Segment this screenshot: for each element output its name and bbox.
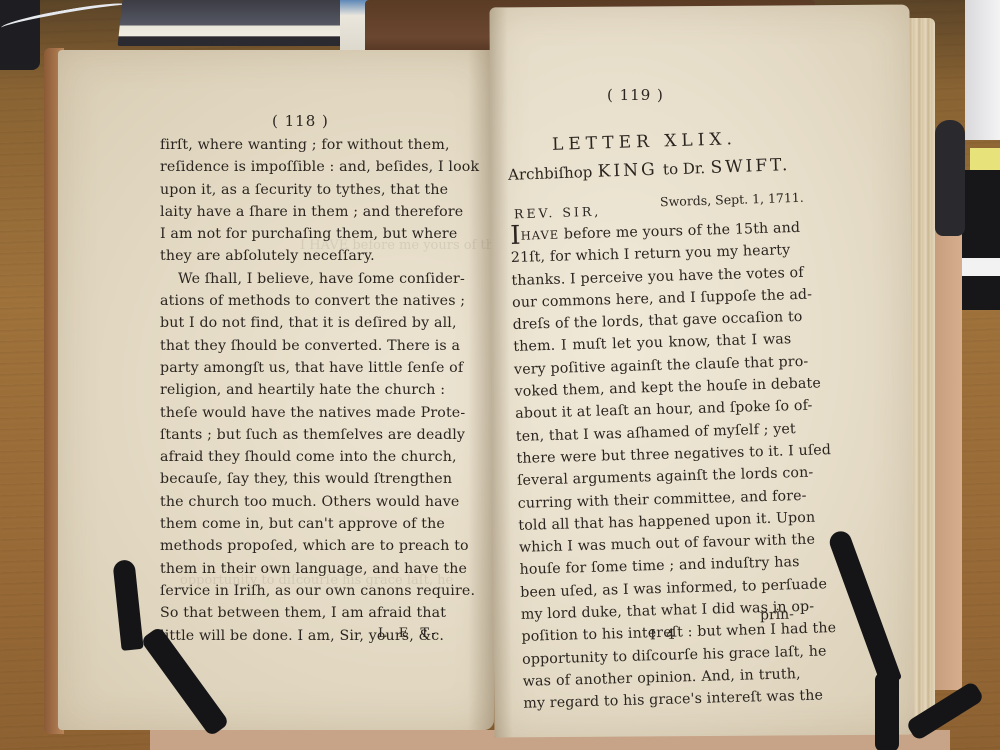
text-line: they are abſolutely neceſſary.: [160, 245, 438, 267]
text-line: firſt, where wanting ; for without them,: [160, 134, 438, 156]
letter-to-prefix: to Dr.: [663, 159, 706, 178]
text-line: laity have a ſhare in them ; and therefo…: [160, 201, 438, 223]
text-line: them come in, but can't approve of the: [160, 513, 438, 535]
text-line: party amongſt us, that have little ſenſe…: [160, 357, 438, 379]
catchword-right: prin-: [760, 607, 794, 624]
text-line: religion, and heartily hate the church :: [160, 379, 438, 401]
text-line: reſidence is impoſſible : and, beſides, …: [160, 156, 438, 178]
letter-from-name: KING: [597, 160, 658, 182]
text-line: becauſe, ſay they, this would ſtrengthen: [160, 468, 438, 490]
text-line: them in their own language, and have the: [160, 558, 438, 580]
text-line: the church too much. Others would have: [160, 491, 438, 513]
background-card: [965, 0, 1000, 140]
text-line: methods propoſed, which are to preach to: [160, 535, 438, 557]
page-number-right: ( 119 ): [607, 86, 664, 104]
text-line: afraid they ſhould come into the church,: [160, 446, 438, 468]
background-label: [962, 258, 1000, 276]
text-line: So that between them, I am afraid that: [160, 602, 438, 624]
text-line: upon it, as a ſecurity to tythes, that t…: [160, 179, 438, 201]
text-line: We ſhall, I believe, have ſome conſider-: [160, 268, 438, 290]
text-line: I am not for purchaſing them, but where: [160, 223, 438, 245]
catchword-left: L E T-: [378, 626, 440, 641]
first-word: HAVE: [521, 228, 560, 243]
background-sticky-note: [970, 148, 1000, 170]
signature-mark: I 4: [650, 627, 678, 644]
stand-arm-right-lower: [875, 672, 899, 750]
background-box: [962, 170, 1000, 310]
text-line: ſtants ; but ſuch as themſelves are dead…: [160, 424, 438, 446]
text-line: theſe would have the natives made Prote-: [160, 402, 438, 424]
letter-to-name: SWIFT.: [710, 155, 791, 178]
background-book-stack: [118, 0, 353, 46]
background-device: [0, 0, 40, 70]
salutation: REV. SIR,: [514, 204, 602, 222]
text-line: that they ſhould be converted. There is …: [160, 335, 438, 357]
letter-from-prefix: Archbiſhop: [508, 163, 593, 184]
text-line: but I do not find, that it is deſired by…: [160, 312, 438, 334]
text-line: ations of methods to convert the natives…: [160, 290, 438, 312]
first-line-text: before me yours of the 15th and: [564, 220, 801, 243]
text-line: ſervice in Iriſh, as our own canons requ…: [160, 580, 438, 602]
left-page-body: firſt, where wanting ; for without them,…: [160, 134, 438, 647]
page-number-left: ( 118 ): [272, 112, 329, 130]
stand-clip-right: [935, 120, 965, 236]
